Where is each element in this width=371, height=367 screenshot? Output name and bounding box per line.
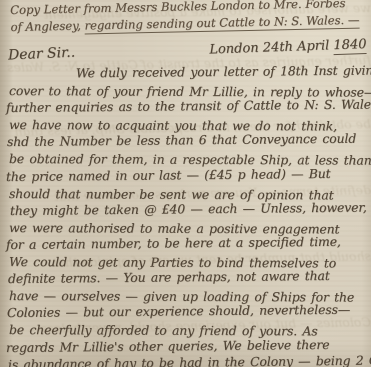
letter-line: definite terms. — You are perhaps, not a…	[8, 267, 371, 288]
letter-line: for a certain number, to be here at a sp…	[6, 232, 371, 253]
letter-line: they might be taken @ £40 — each — Unles…	[10, 198, 371, 219]
heading-line2-prefix: of Anglesey,	[10, 18, 84, 34]
dateline-place-date: London 24th April	[209, 38, 334, 57]
letter-line: We duly received your letter of 18th Ins…	[6, 61, 371, 82]
underlined-subject: regarding sending out Cattle to N: S. Wa…	[84, 13, 359, 35]
dateline: London 24th April 1840	[209, 37, 367, 57]
letter-line: Colonies — but our experience should, ne…	[7, 301, 371, 322]
letter-line: the price named in our last — (£45 p hea…	[6, 164, 371, 185]
letter-heading: Copy Letter from Messrs Buckles London t…	[10, 0, 371, 36]
salutation: Dear Sir..	[8, 45, 76, 64]
dateline-year: 1840	[333, 37, 367, 55]
letter-page: we were authorised to make a positive en…	[0, 0, 371, 367]
letter-line: shd the Number be less than 6 that Conve…	[7, 130, 371, 151]
letter-line: further enquiries as to the transit of C…	[6, 96, 371, 117]
letter-body: We duly received your letter of 18th Ins…	[6, 65, 371, 367]
